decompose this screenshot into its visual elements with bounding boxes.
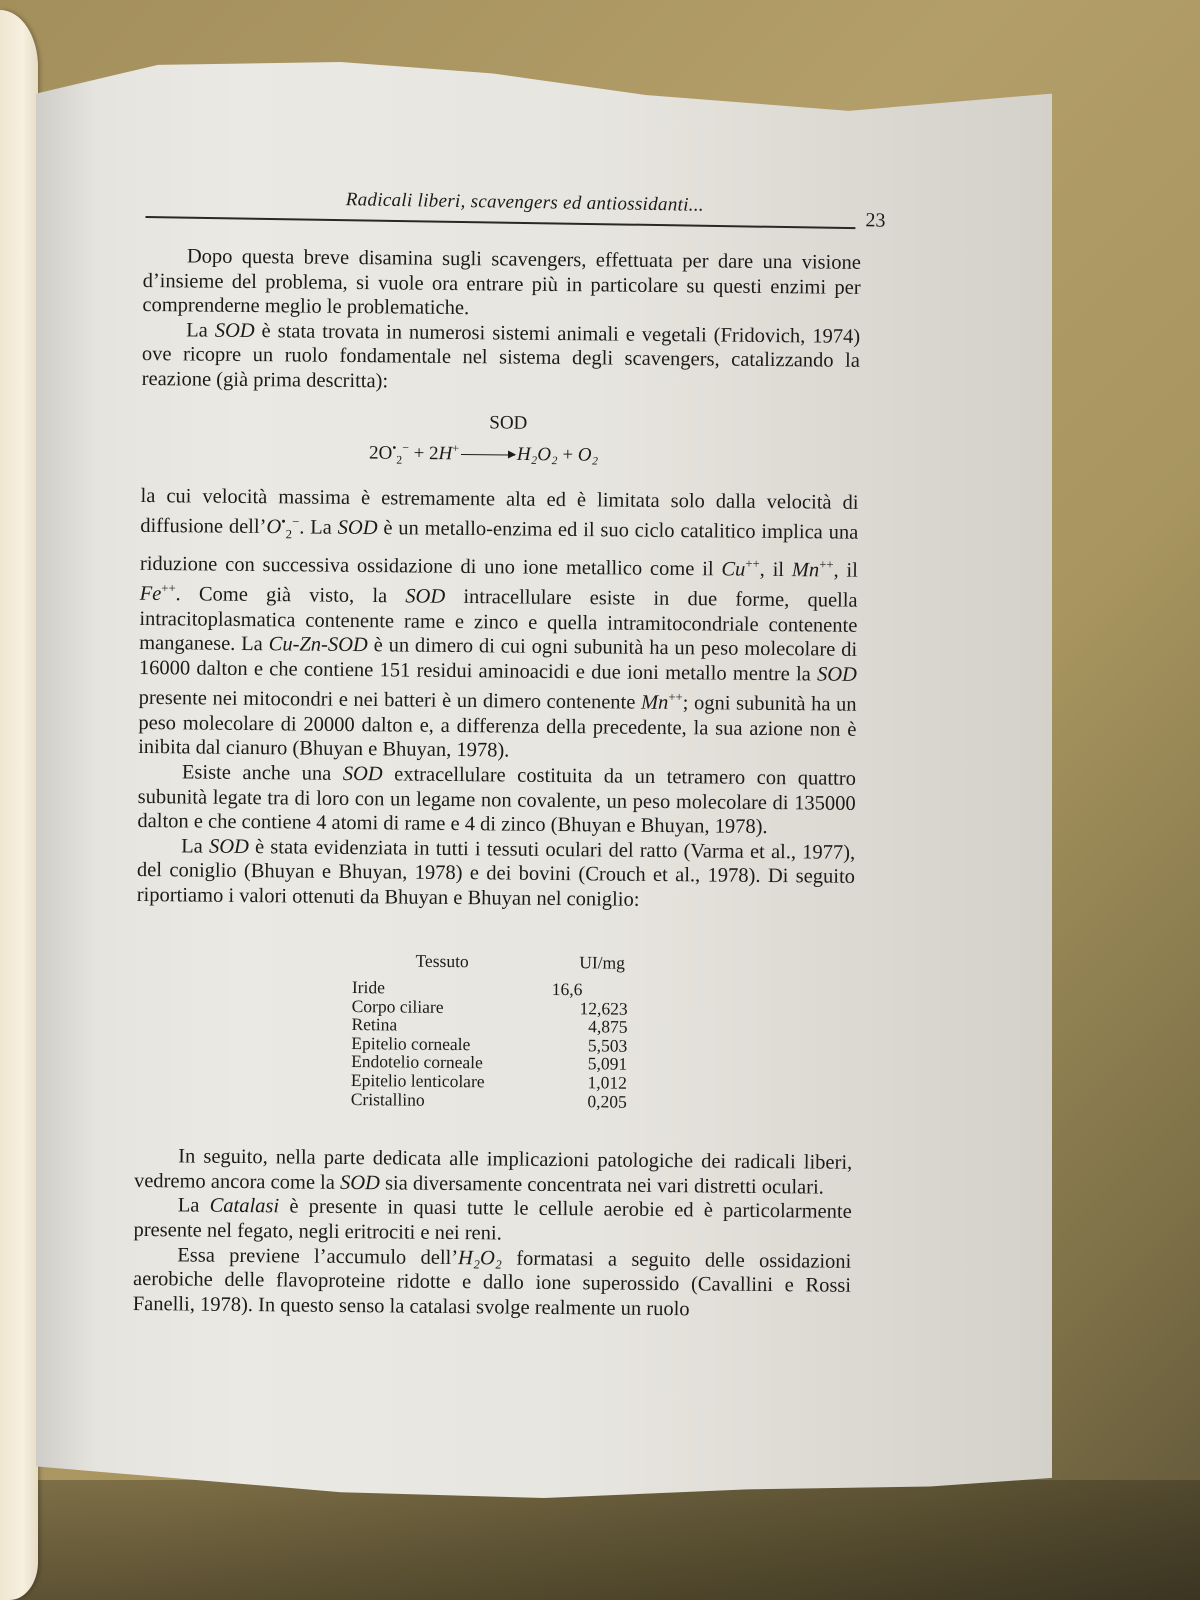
paragraph-7: La Catalasi è presente in quasi tutte le… bbox=[133, 1193, 851, 1249]
running-header: Radicali liberi, scavengers ed antiossid… bbox=[145, 184, 906, 236]
paragraph-6: In seguito, nella parte dedicata alle im… bbox=[134, 1144, 852, 1200]
header-ui-mg: UI/mg bbox=[532, 953, 652, 973]
facing-page-edge bbox=[0, 10, 38, 1600]
sod-reaction-equation: SOD 2O•2− + 2H+H₂O₂ + O₂ bbox=[141, 400, 860, 487]
paragraph-2: La SOD è stata trovata in numerosi siste… bbox=[142, 318, 861, 399]
book-page: Radicali liberi, scavengers ed antiossid… bbox=[36, 62, 1052, 1498]
page-number: 23 bbox=[865, 209, 885, 232]
paragraph-1: Dopo questa breve disamina sugli scaveng… bbox=[142, 244, 861, 325]
sod-values-table: Tessuto UI/mg Iride 16,6 Corpo ciliare 1… bbox=[351, 952, 652, 1112]
paragraph-4: Esiste anche una SOD extracellulare cost… bbox=[137, 760, 856, 841]
table-row: Cristallino 0,205 bbox=[351, 1090, 651, 1111]
header-rule bbox=[145, 216, 855, 229]
equation-line: 2O•2− + 2H+H₂O₂ + O₂ bbox=[369, 436, 599, 475]
equation-catalyst: SOD bbox=[489, 411, 527, 436]
body-text: Dopo questa breve disamina sugli scaveng… bbox=[133, 244, 861, 1323]
paragraph-3: la cui velocità massima è estremamente a… bbox=[138, 484, 859, 767]
running-title: Radicali liberi, scavengers ed antiossid… bbox=[346, 189, 704, 217]
table-surface bbox=[0, 1480, 1200, 1600]
table-header-row: Tessuto UI/mg bbox=[352, 952, 652, 973]
paragraph-5: La SOD è stata evidenziata in tutti i te… bbox=[137, 834, 856, 915]
paragraph-8: Essa previene l’accumulo dell’H₂O₂ forma… bbox=[133, 1243, 852, 1324]
reaction-arrow-icon bbox=[461, 454, 515, 456]
header-tessuto: Tessuto bbox=[352, 952, 532, 972]
